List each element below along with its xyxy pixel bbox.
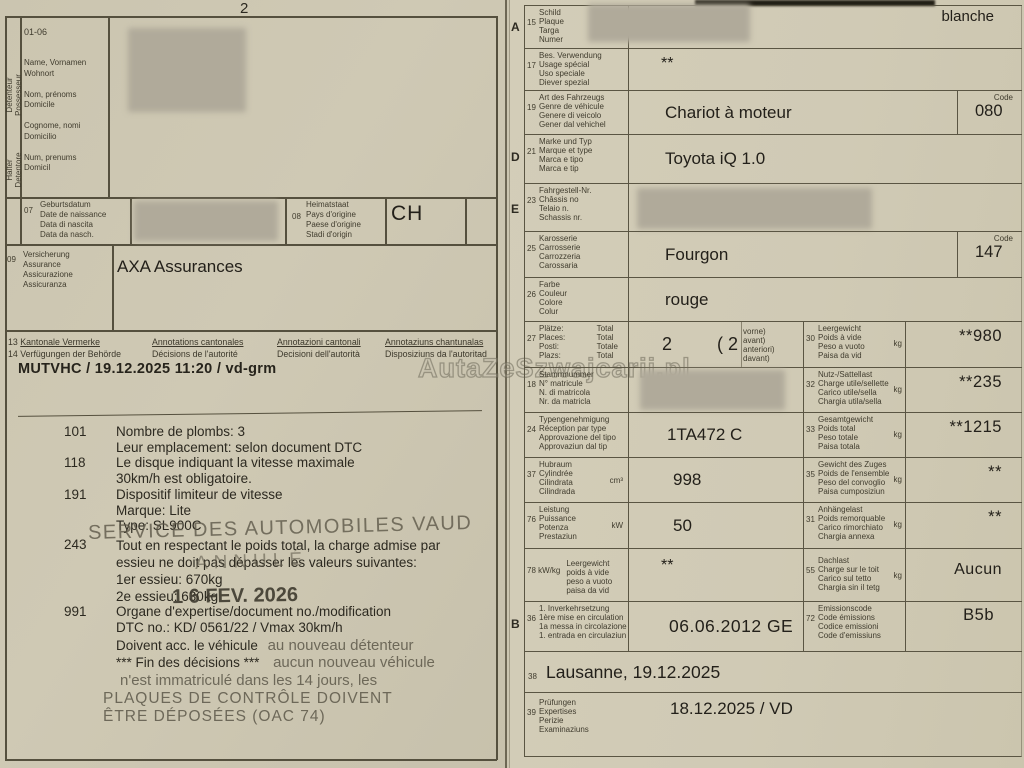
stamp-annule: ANNULÉ — [195, 549, 309, 575]
total-weight-value: **1215 — [905, 413, 1022, 457]
decision-item-991: 991 Organe d'expertise/document no./modi… — [64, 604, 391, 636]
towing-num: 31 — [806, 506, 818, 548]
displacement-value: 998 — [673, 470, 701, 490]
towing-unit: kg — [894, 520, 902, 529]
stamp-line-1: au nouveau détenteur — [268, 637, 414, 654]
cantonal-col2-head: Annotations cantonales — [152, 337, 243, 349]
first-registration-value: 06.06.2012 GE — [669, 616, 793, 637]
closing-line-2-printed: *** Fin des décisions *** — [116, 655, 259, 670]
train-weight-value: ** — [905, 458, 1022, 502]
inspections-num: 39 — [527, 699, 539, 717]
origin-box-right — [465, 197, 467, 244]
emission-code-labels: Emissionscode Code émissions Codice emis… — [818, 605, 881, 651]
inspections-labels: Prüfungen Expertises Perizie Examinaziun… — [539, 699, 589, 735]
origin-labels: Heimatstaat Pays d'origine Paese d'origi… — [306, 200, 361, 240]
serial-labels: Stammnummer N° matricule N. di matricola… — [539, 371, 594, 412]
seats-labels-right: Total Total Totale Total — [597, 325, 618, 367]
seats-total-value: 2 — [662, 334, 672, 355]
section-letter-B: B — [511, 617, 520, 631]
stamp-line-3: n'est immatriculé dans les 14 jours, les — [120, 672, 377, 689]
closing-line-1: Doivent acc. le véhicule au nouveau déte… — [116, 637, 414, 654]
plate-num: 15 — [527, 9, 539, 48]
power-unit: kW — [611, 521, 623, 530]
cantonal-col3-head: Annotazioni cantonali — [277, 337, 361, 349]
holder-name-redacted — [128, 28, 246, 112]
total-weight-labels: Gesamtgewicht Poids total Peso totale Pa… — [818, 416, 873, 457]
closing-line-1-printed: Doivent acc. le véhicule — [116, 638, 258, 653]
stamp-line-4: PLAQUES DE CONTRÔLE DOIVENT — [103, 690, 393, 708]
cantonal-col2-sub: Décisions de l'autorité — [152, 349, 243, 361]
cantonal-header-col3: Annotazioni cantonali Decisioni dell'aut… — [277, 337, 361, 360]
row-body: 25 Karosserie Carrosserie Carrozzeria Ca… — [524, 231, 1022, 277]
power-weight-value: ** — [661, 557, 673, 575]
seats-num: 27 — [527, 325, 539, 367]
vehicle-type-num: 19 — [527, 94, 539, 134]
stamp-line-2: aucun nouveau véhicule — [273, 654, 435, 671]
row-divider-3 — [5, 330, 497, 332]
cantonal-num-13: 13 — [8, 337, 18, 347]
holder-side-label-de: Halter Detentore — [5, 115, 25, 225]
origin-box-left — [285, 197, 287, 244]
birth-num: 07 — [24, 206, 33, 215]
train-weight-num: 35 — [806, 461, 818, 502]
cantonal-num-14: 14 — [8, 349, 18, 359]
item-num: 118 — [64, 455, 116, 486]
insurance-num: 09 — [7, 255, 16, 264]
seats-front-labels: vorne) avant) anteriori) davant) — [743, 325, 775, 364]
cantonal-col3-sub: Decisioni dell'autorità — [277, 349, 361, 361]
row-approval-total: 24 Typengenehmigung Réception par type A… — [524, 412, 1022, 457]
row-vehicle-type: 19 Art des Fahrzeugs Genre de véhicule G… — [524, 90, 1022, 134]
row-registration-emission: 36 1. Inverkehrsetzung 1ère mise en circ… — [524, 601, 1022, 651]
issue-num: 38 — [528, 664, 540, 681]
empty-weight-value: **980 — [905, 322, 1022, 367]
power-value: 50 — [673, 516, 692, 536]
towing-labels: Anhängelast Poids remorquable Carico rim… — [818, 506, 885, 548]
cantonal-header-col1: 13 Kantonale Vermerke 14 Verfügungen der… — [8, 337, 121, 360]
vehicle-type-labels: Art des Fahrzeugs Genre de véhicule Gene… — [539, 94, 606, 134]
make-labels: Marke und Typ Marque et type Marca e tip… — [539, 138, 592, 183]
vehicle-type-code: 080 — [975, 102, 1003, 121]
inspections-value: 18.12.2025 / VD — [670, 699, 793, 719]
train-weight-labels: Gewicht des Zuges Poids de l'ensemble Pe… — [818, 461, 889, 502]
displacement-unit: cm³ — [610, 476, 623, 485]
total-weight-unit: kg — [894, 430, 902, 439]
insurance-labels: Versicherung Assurance Assicurazione Ass… — [23, 250, 73, 290]
payload-value: **235 — [905, 368, 1022, 412]
item-text: Organe d'expertise/document no./modifica… — [116, 604, 391, 636]
special-use-labels: Bes. Verwendung Usage spécial Uso specia… — [539, 52, 602, 90]
plate-number-redacted — [588, 4, 750, 42]
displacement-labels: Hubraum Cylindrée Cilindrata Cilindrada — [539, 461, 575, 502]
seats-divider — [741, 322, 742, 367]
emission-code-value: B5b — [905, 602, 1022, 651]
item-num: 991 — [64, 604, 116, 636]
row-inspections: 39 Prüfungen Expertises Perizie Examinaz… — [524, 692, 1022, 757]
item-num: 243 — [64, 537, 116, 605]
vehicle-type-value: Chariot à moteur — [665, 103, 792, 123]
holder-label-divider — [108, 16, 110, 197]
empty-weight-num: 30 — [806, 325, 818, 367]
emission-code-num: 72 — [806, 605, 818, 651]
body-code: 147 — [975, 243, 1003, 262]
power-num: 76 — [527, 506, 539, 548]
first-registration-labels: 1. Inverkehrsetzung 1ère mise en circula… — [539, 605, 627, 651]
item-text: Le disque indiquant la vitesse maximale … — [116, 455, 355, 486]
plate-labels: Schild Plaque Targa Numer — [539, 9, 564, 48]
colour-num: 26 — [527, 281, 539, 321]
power-weight-num: 78 kW/kg — [527, 552, 560, 601]
type-approval-num: 24 — [527, 416, 539, 457]
type-approval-labels: Typengenehmigung Réception par type Appr… — [539, 416, 616, 457]
body-code-label: Code — [994, 234, 1013, 243]
payload-unit: kg — [894, 385, 902, 394]
holder-field-range: 01-06 — [24, 27, 47, 37]
closing-line-2: *** Fin des décisions *** aucun nouveau … — [116, 654, 435, 671]
towing-value: ** — [905, 503, 1022, 548]
row-displacement-train: 37 Hubraum Cylindrée Cilindrata Cilindra… — [524, 457, 1022, 502]
roof-load-labels: Dachlast Charge sur le toit Carico sul t… — [818, 557, 880, 601]
plate-color-value: blanche — [941, 8, 994, 25]
birth-value-divider — [130, 197, 132, 244]
chassis-num: 23 — [527, 187, 539, 231]
left-table-top-border — [5, 16, 497, 18]
row-divider-2 — [5, 244, 497, 246]
origin-value-divider — [385, 197, 387, 244]
power-weight-labels: Leergewicht poids à vide peso a vuoto pa… — [566, 552, 612, 601]
empty-weight-unit: kg — [894, 339, 902, 348]
row-make: 21 Marke und Typ Marque et type Marca e … — [524, 134, 1022, 183]
train-weight-unit: kg — [894, 475, 902, 484]
power-labels: Leistung Puissance Potenza Prestaziun — [539, 506, 577, 548]
row-colour: 26 Farbe Couleur Colore Colur rouge — [524, 277, 1022, 321]
cantonal-col4-head: Annotaziuns chantunalas — [385, 337, 487, 349]
section-letter-E: E — [511, 202, 519, 216]
payload-num: 32 — [806, 371, 818, 412]
cantonal-col1-sub: Verfügungen der Behörde — [20, 349, 121, 359]
row-seats-weight: 27 Plätze: Places: Posti: Plazs: Total T… — [524, 321, 1022, 367]
row-issue: 38 Lausanne, 19.12.2025 — [524, 651, 1022, 692]
chassis-number-redacted — [637, 188, 872, 229]
displacement-num: 37 — [527, 461, 539, 502]
first-registration-num: 36 — [527, 605, 539, 651]
make-num: 21 — [527, 138, 539, 183]
roof-load-unit: kg — [894, 571, 902, 580]
item-text: Nombre de plombs: 3 Leur emplacement: se… — [116, 424, 362, 455]
cantonal-header-col2: Annotations cantonales Décisions de l'au… — [152, 337, 243, 360]
empty-weight-labels: Leergewicht Poids à vide Peso a vuoto Pa… — [818, 325, 865, 367]
colour-value: rouge — [665, 290, 708, 310]
page-number: 2 — [240, 0, 248, 17]
cantonal-entry: MUTVHC / 19.12.2025 11:20 / vd-grm — [18, 361, 276, 377]
stamp-date: 1 6 FEV. 2026 — [172, 584, 298, 609]
insurance-value: AXA Assurances — [117, 257, 243, 277]
birth-date-redacted — [134, 201, 278, 241]
make-value: Toyota iQ 1.0 — [665, 149, 765, 169]
item-num: 101 — [64, 424, 116, 455]
colour-labels: Farbe Couleur Colore Colur — [539, 281, 567, 321]
payload-labels: Nutz-/Sattellast Charge utile/sellette C… — [818, 371, 889, 412]
row-divider-1 — [5, 197, 497, 199]
chassis-labels: Fahrgestell-Nr. Châssis no Telaio n. Sch… — [539, 187, 591, 231]
page-fold-highlight — [509, 0, 510, 768]
serial-number-redacted — [640, 370, 785, 410]
birth-labels: Geburtsdatum Date de naissance Data di n… — [40, 200, 106, 240]
stamp-line-5: ÊTRE DÉPOSÉES (OAC 74) — [103, 708, 326, 726]
row-special-use: 17 Bes. Verwendung Usage spécial Uso spe… — [524, 48, 1022, 90]
row-power-towing: 76 Leistung Puissance Potenza Prestaziun… — [524, 502, 1022, 548]
roof-load-num: 55 — [806, 557, 818, 601]
body-num: 25 — [527, 235, 539, 277]
seats-labels-left: Plätze: Places: Posti: Plazs: — [539, 325, 565, 367]
serial-num: 18 — [527, 371, 539, 412]
origin-num2: 08 — [292, 212, 301, 221]
roof-load-value: Aucun — [905, 549, 1022, 601]
section-letter-D: D — [511, 150, 520, 164]
section-letter-A: A — [511, 20, 520, 34]
body-value: Fourgon — [665, 245, 728, 265]
special-use-num: 17 — [527, 52, 539, 90]
vehicle-type-code-label: Code — [994, 93, 1013, 102]
holder-labels: Name, Vornamen Wohnort Nom, prénoms Domi… — [24, 58, 86, 174]
row-powerweight-roof: 78 kW/kg Leergewicht poids à vide peso a… — [524, 548, 1022, 601]
left-table-bottom-border — [5, 759, 497, 761]
insurance-value-divider — [112, 244, 114, 330]
decision-item-101: 101 Nombre de plombs: 3 Leur emplacement… — [64, 424, 362, 455]
issue-value: Lausanne, 19.12.2025 — [546, 662, 720, 683]
page-fold-line — [505, 0, 507, 768]
total-weight-num: 33 — [806, 416, 818, 457]
decision-item-118: 118 Le disque indiquant la vitesse maxim… — [64, 455, 355, 486]
type-approval-value: 1TA472 C — [667, 425, 742, 445]
origin-value: CH — [391, 202, 423, 226]
body-labels: Karosserie Carrosserie Carrozzeria Caros… — [539, 235, 580, 277]
left-table-right-border — [496, 16, 498, 760]
special-use-value: ** — [661, 55, 673, 73]
seats-front-value: ( 2 — [717, 334, 738, 355]
cantonal-col1-head: Kantonale Vermerke — [20, 337, 100, 347]
